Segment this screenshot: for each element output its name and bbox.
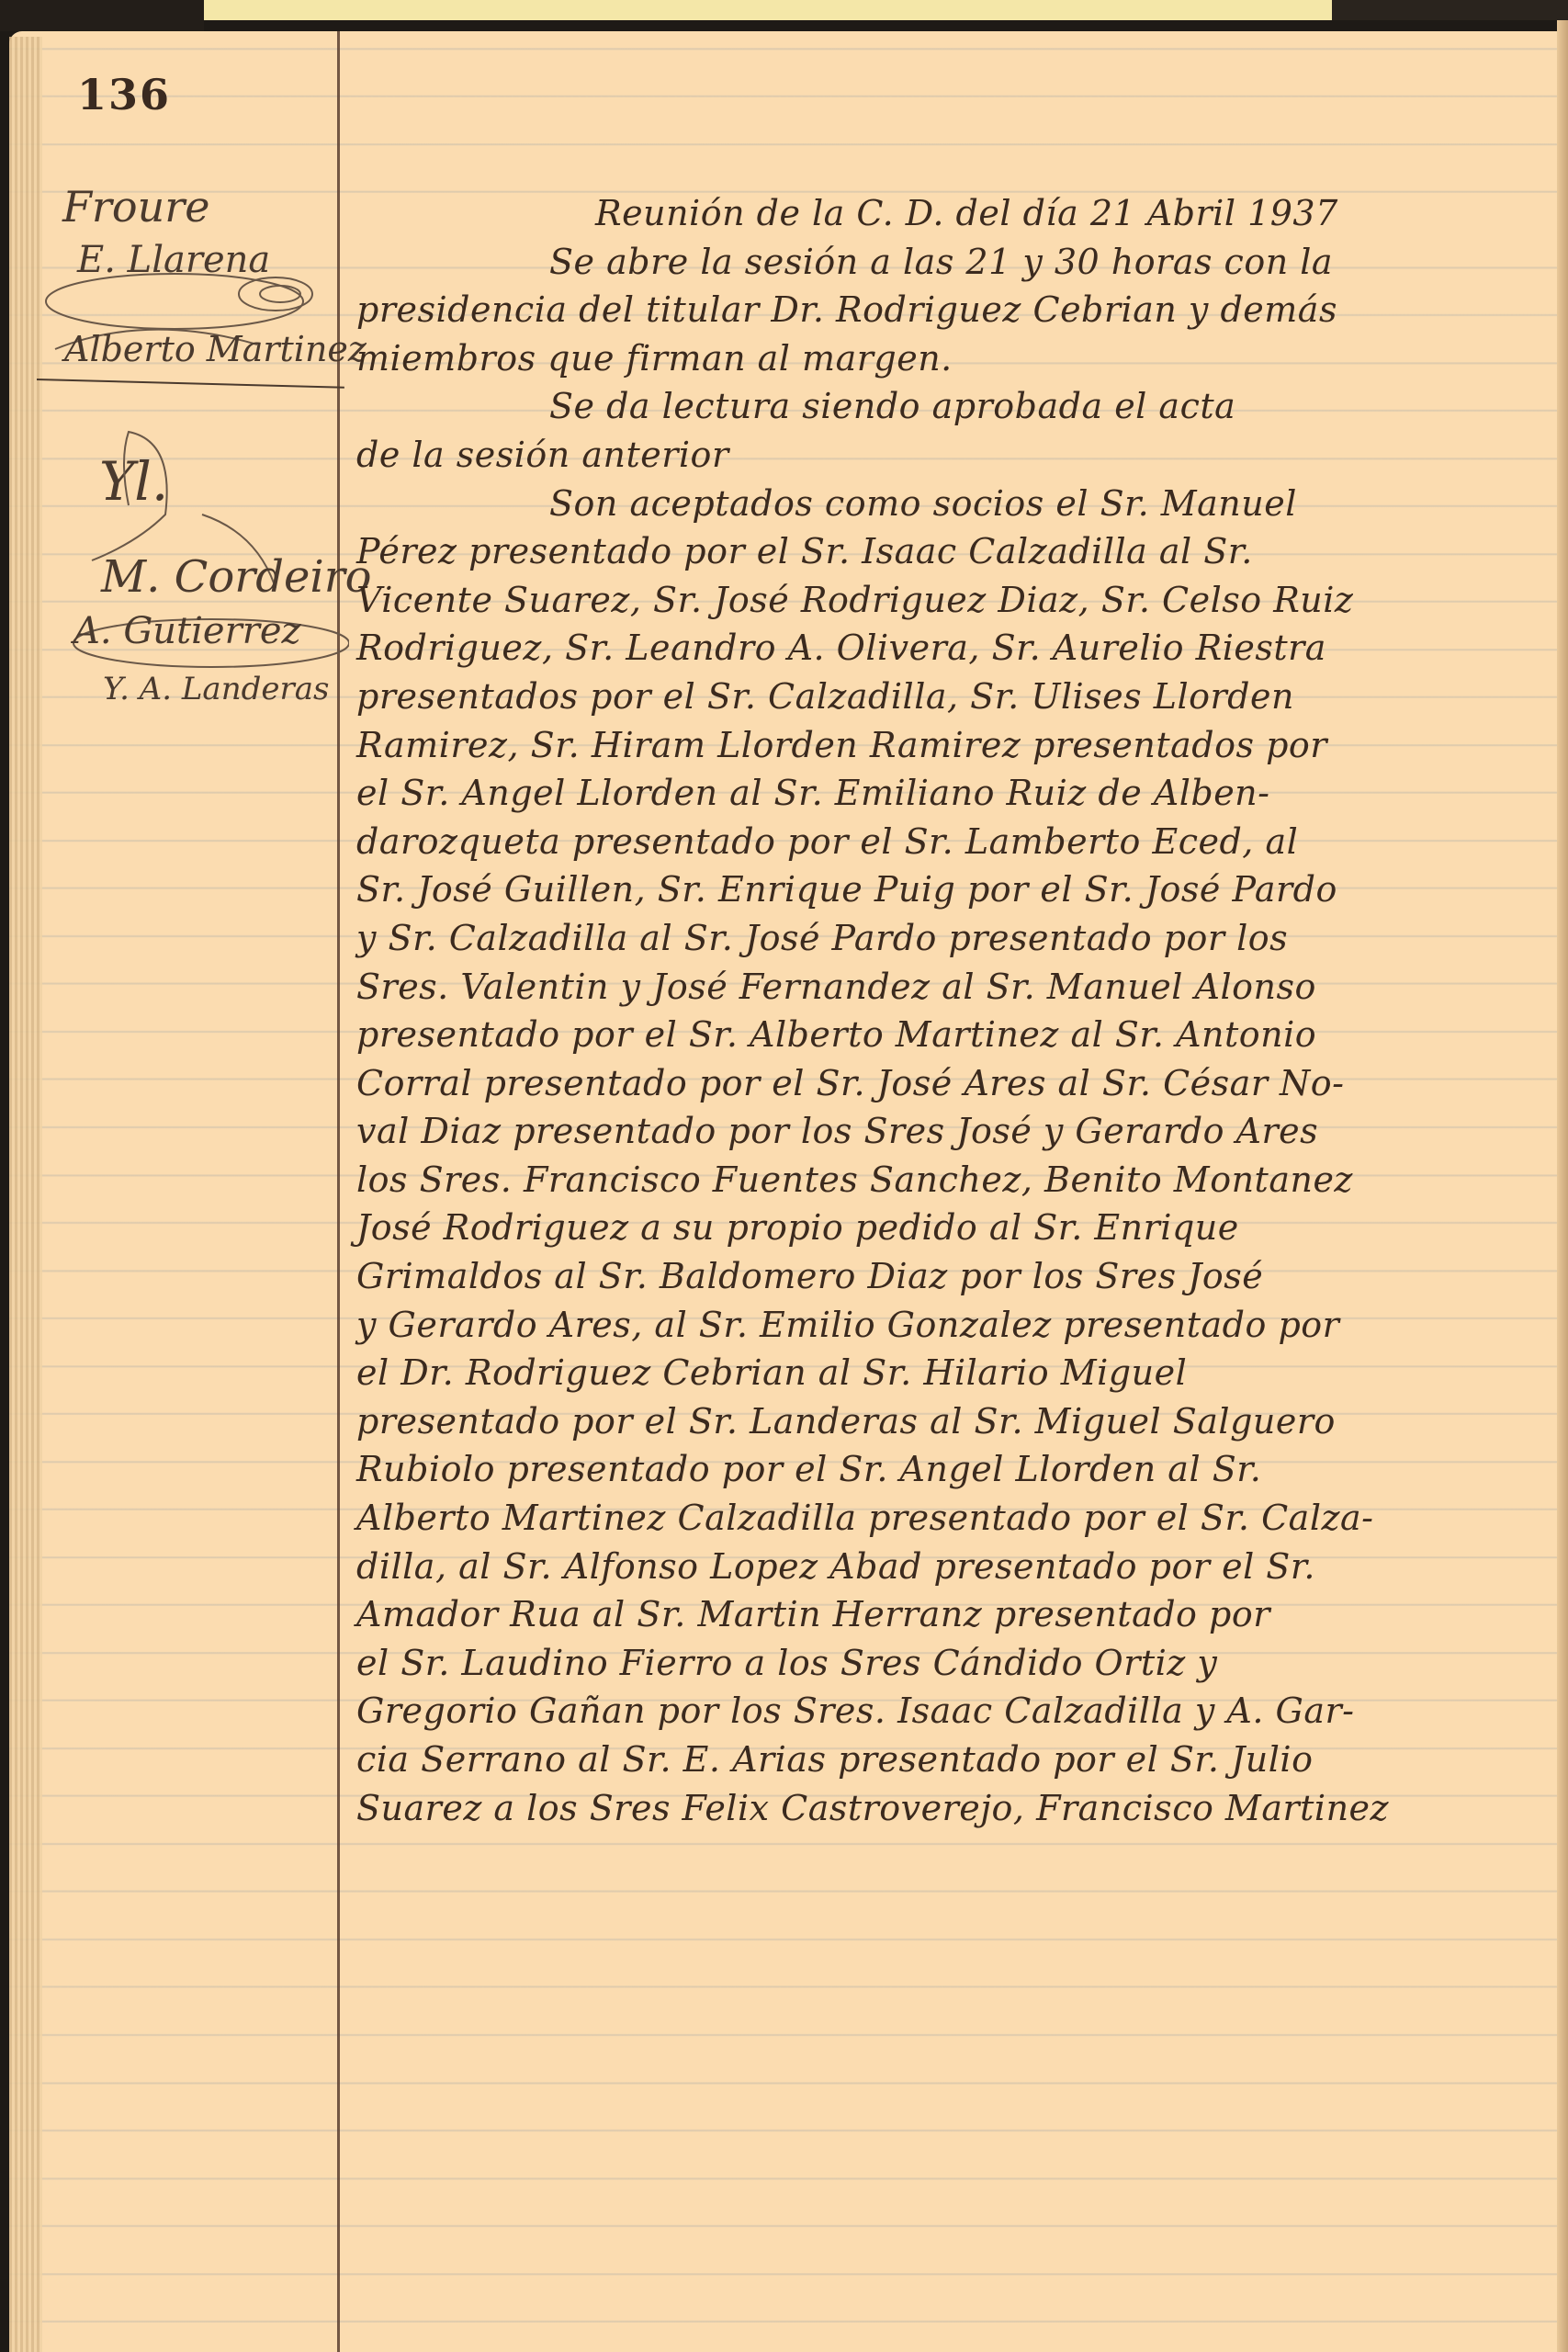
book-cover-corner [0, 0, 204, 31]
minutes-line: Rubiolo presentado por el Sr. Angel Llor… [356, 1445, 1551, 1494]
minutes-line: los Sres. Francisco Fuentes Sanchez, Ben… [356, 1156, 1551, 1204]
book-cover-corner-right [1332, 0, 1568, 20]
minutes-line: val Diaz presentado por los Sres José y … [356, 1107, 1551, 1156]
minutes-line: cia Serrano al Sr. E. Arias presentado p… [356, 1736, 1551, 1784]
signature: Alberto Martinez [64, 329, 367, 369]
signature: Y. A. Landeras [103, 671, 329, 707]
minutes-title: Reunión de la C. D. del día 21 Abril 193… [356, 189, 1551, 238]
minutes-line: Ramirez, Sr. Hiram Llorden Ramirez prese… [356, 721, 1551, 770]
minutes-line: el Dr. Rodriguez Cebrian al Sr. Hilario … [356, 1349, 1551, 1397]
minutes-line: Suarez a los Sres Felix Castroverejo, Fr… [356, 1784, 1551, 1833]
minutes-line: Sres. Valentin y José Fernandez al Sr. M… [356, 963, 1551, 1012]
minutes-line: Alberto Martinez Calzadilla presentado p… [356, 1494, 1551, 1543]
meeting-minutes: Reunión de la C. D. del día 21 Abril 193… [356, 189, 1551, 1832]
signature: M. Cordeiro [101, 551, 372, 603]
minutes-line: darozqueta presentado por el Sr. Lambert… [356, 818, 1551, 866]
minutes-line: presentado por el Sr. Landeras al Sr. Mi… [356, 1397, 1551, 1446]
minutes-line: presentado por el Sr. Alberto Martinez a… [356, 1011, 1551, 1059]
minutes-line: Rodriguez, Sr. Leandro A. Olivera, Sr. A… [356, 624, 1551, 673]
minutes-line: Se da lectura siendo aprobada el acta [356, 382, 1551, 431]
minutes-line: Corral presentado por el Sr. José Ares a… [356, 1059, 1551, 1108]
minutes-line: Vicente Suarez, Sr. José Rodriguez Diaz,… [356, 576, 1551, 625]
minutes-line: presentados por el Sr. Calzadilla, Sr. U… [356, 673, 1551, 721]
minutes-line: Son aceptados como socios el Sr. Manuel [356, 480, 1551, 528]
page-number: 136 [77, 70, 171, 119]
signature-divider [37, 379, 344, 389]
minutes-line: Gregorio Gañan por los Sres. Isaac Calza… [356, 1687, 1551, 1736]
minutes-line: Amador Rua al Sr. Martin Herranz present… [356, 1590, 1551, 1639]
minutes-line: el Sr. Laudino Fierro a los Sres Cándido… [356, 1639, 1551, 1688]
minutes-line: presidencia del titular Dr. Rodriguez Ce… [356, 286, 1551, 334]
signatures-margin: Froure E. Llarena Alberto Martinez Yl. M… [37, 175, 340, 873]
signature: Froure [62, 182, 209, 232]
minutes-line: dilla, al Sr. Alfonso Lopez Abad present… [356, 1543, 1551, 1591]
minutes-line: Pérez presentado por el Sr. Isaac Calzad… [356, 527, 1551, 576]
minutes-line: Se abre la sesión a las 21 y 30 horas co… [356, 238, 1551, 287]
minutes-line: José Rodriguez a su propio pedido al Sr.… [356, 1204, 1551, 1252]
minutes-line: miembros que firman al margen. [356, 334, 1551, 383]
minutes-line: Sr. José Guillen, Sr. Enrique Puig por e… [356, 865, 1551, 914]
signature: A. Gutierrez [73, 610, 301, 652]
minutes-line: de la sesión anterior [356, 431, 1551, 480]
minutes-line: Grimaldos al Sr. Baldomero Diaz por los … [356, 1252, 1551, 1301]
background-paper-strip [204, 0, 1334, 20]
minutes-line: y Sr. Calzadilla al Sr. José Pardo prese… [356, 914, 1551, 963]
page-gutter [1557, 20, 1568, 2352]
minutes-line: y Gerardo Ares, al Sr. Emilio Gonzalez p… [356, 1301, 1551, 1350]
minutes-line: el Sr. Angel Llorden al Sr. Emiliano Rui… [356, 769, 1551, 818]
